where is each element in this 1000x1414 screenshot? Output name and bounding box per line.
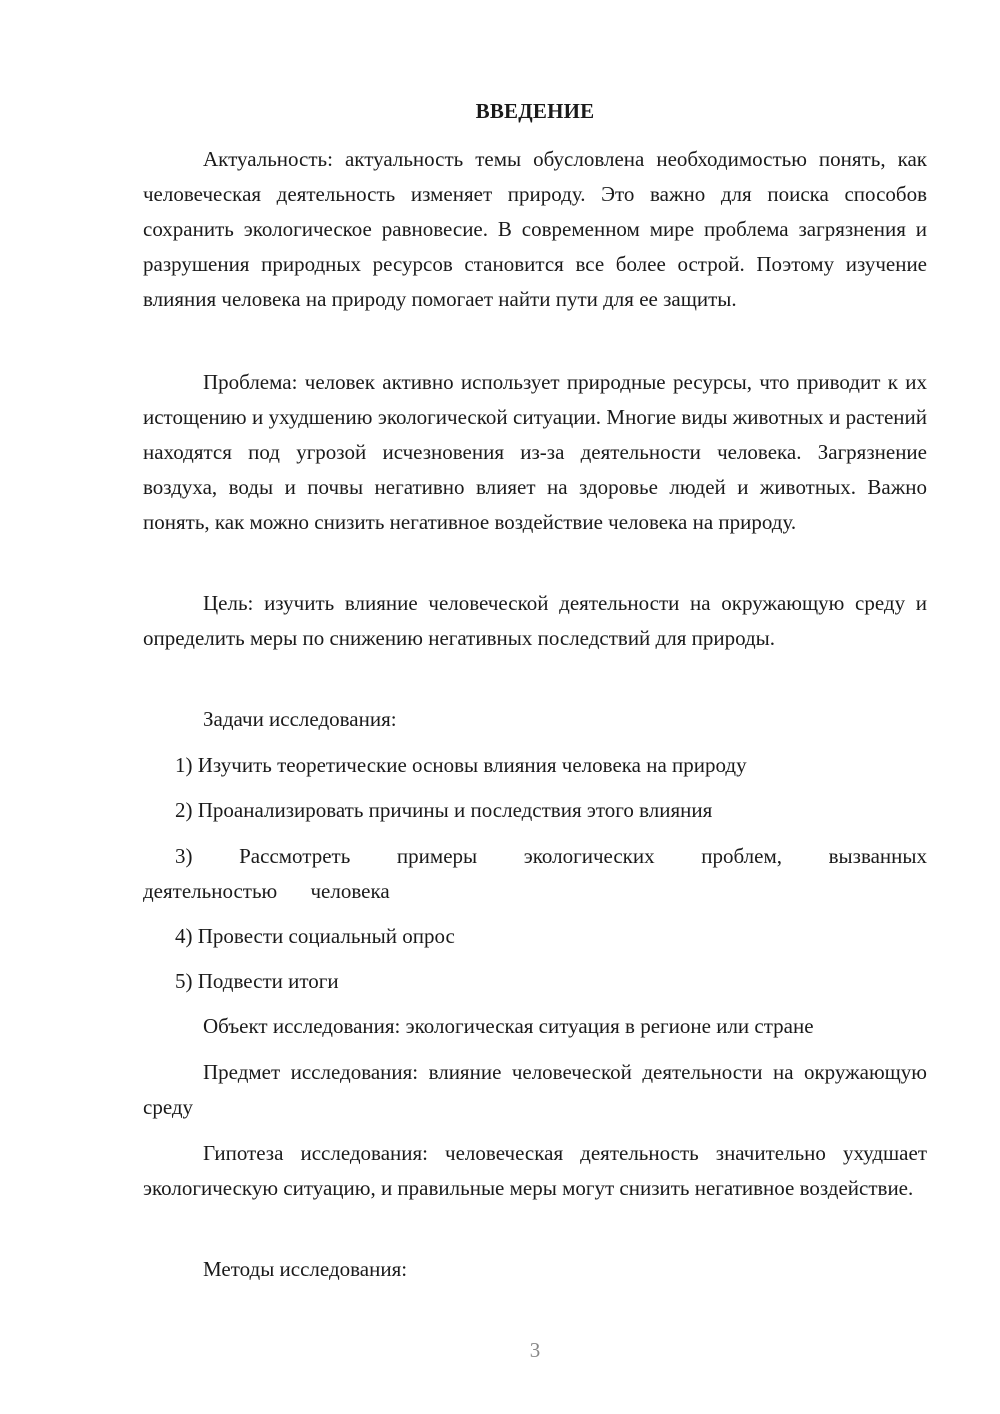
hypothesis-paragraph: Гипотеза исследования: человеческая деят… <box>143 1136 927 1206</box>
task-item-3: 3) Рассмотреть примеры экологических про… <box>143 839 927 909</box>
page-number: 3 <box>0 1338 1000 1363</box>
task-item-5: 5) Подвести итоги <box>143 964 927 999</box>
task-item-1: 1) Изучить теоретические основы влияния … <box>143 748 927 783</box>
methods-heading: Методы исследования: <box>143 1252 927 1287</box>
object-paragraph: Объект исследования: экологическая ситуа… <box>143 1009 927 1044</box>
relevance-paragraph: Актуальность: актуальность темы обусловл… <box>143 142 927 317</box>
tasks-heading: Задачи исследования: <box>143 702 927 737</box>
task-item-4: 4) Провести социальный опрос <box>143 919 927 954</box>
goal-paragraph: Цель: изучить влияние человеческой деяте… <box>143 586 927 656</box>
problem-paragraph: Проблема: человек активно использует при… <box>143 365 927 540</box>
task-item-2: 2) Проанализировать причины и последстви… <box>143 793 927 828</box>
subject-paragraph: Предмет исследования: влияние человеческ… <box>143 1055 927 1125</box>
section-title: ВВЕДЕНИЕ <box>143 98 927 124</box>
document-page: ВВЕДЕНИЕ Актуальность: актуальность темы… <box>0 0 1000 1414</box>
